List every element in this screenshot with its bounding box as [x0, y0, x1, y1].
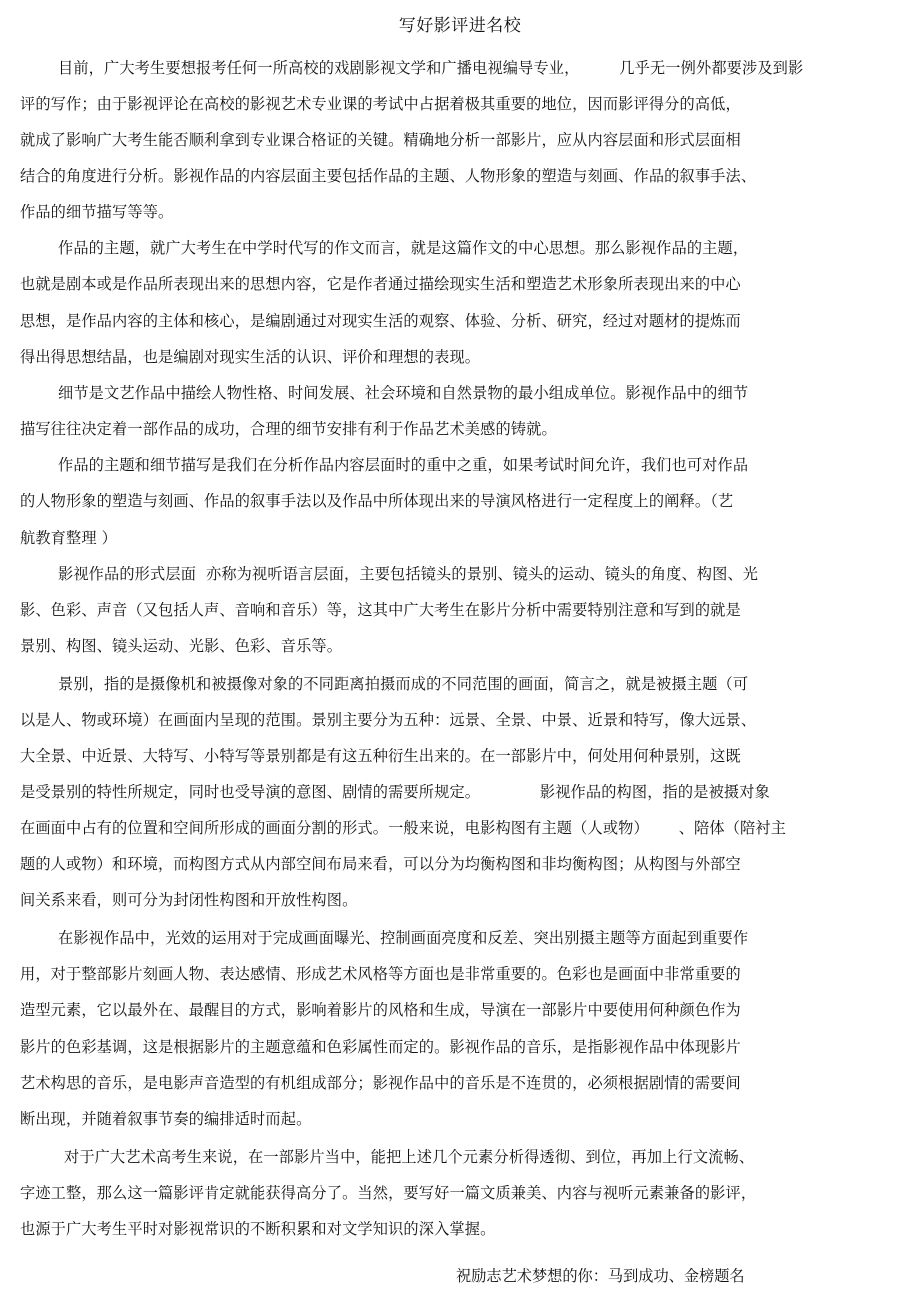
text-line: 评的写作；由于影视评论在高校的影视艺术专业课的考试中占据着极其重要的地位，因而影… [20, 93, 741, 115]
text-line: 影、色彩、声音（又包括人声、音响和音乐）等，这其中广大考生在影片分析中需要特别注… [20, 599, 741, 621]
text-line: 景别、构图、镜头运动、光影、色彩、音乐等。 [20, 635, 342, 657]
text-line: 在画面中占有的位置和空间所形成的画面分割的形式。一般来说，电影构图有主题（人或物… [20, 817, 786, 839]
text-line: 对于广大艺术高考生来说，在一部影片当中，能把上述几个元素分析得透彻、到位，再加上… [64, 1146, 754, 1168]
text-line: 细节是文艺作品中描绘人物性格、时间发展、社会环境和自然景物的最小组成单位。影视作… [58, 382, 748, 404]
text-line: 就成了影响广大考生能否顺利拿到专业课合格证的关键。精确地分析一部影片，应从内容层… [20, 129, 741, 151]
text-line: 描写往往决定着一部作品的成功，合理的细节安排有利于作品艺术美感的铸就。 [20, 418, 557, 440]
text-line: 造型元素，它以最外在、最醒目的方式，影响着影片的风格和生成，导演在一部影片中要使… [20, 999, 741, 1021]
text-line: 结合的角度进行分析。影视作品的内容层面主要包括作品的主题、人物形象的塑造与刻画、… [20, 165, 756, 187]
signature: 祝励志艺术梦想的你：马到成功、金榜题名 [456, 1265, 745, 1287]
text-line: 景别，指的是摄像机和被摄像对象的不同距离拍摄而成的不同范围的画面，简言之，就是被… [58, 673, 748, 695]
text-line: 大全景、中近景、大特写、小特写等景别都是有这五种衍生出来的。在一部影片中，何处用… [20, 745, 741, 767]
text-line: 的人物形象的塑造与刻画、作品的叙事手法以及作品中所体现出来的导演风格进行一定程度… [20, 490, 733, 512]
text-line: 思想，是作品内容的主体和核心，是编剧通过对现实生活的观察、体验、分析、研究，经过… [20, 310, 741, 332]
text-line: 以是人、物或环境）在画面内呈现的范围。景别主要分为五种：远景、全景、中景、近景和… [20, 709, 756, 731]
text-line: 断出现，并随着叙事节奏的编排适时而起。 [20, 1108, 311, 1130]
text-line: 在影视作品中，光效的运用对于完成画面曝光、控制画面亮度和反差、突出别摄主题等方面… [58, 927, 748, 949]
text-line: 题的人或物）和环境，而构图方式从内部空间布局来看，可以分为均衡构图和非均衡构图；… [20, 853, 741, 875]
text-line: 也源于广大考生平时对影视常识的不断积累和对文学知识的深入掌握。 [20, 1218, 495, 1240]
text-line: 得出得思想结晶，也是编剧对现实生活的认识、评价和理想的表现。 [20, 346, 480, 368]
text-line: 影片的色彩基调，这是根据影片的主题意蕴和色彩属性而定的。影视作品的音乐，是指影视… [20, 1036, 741, 1058]
text-line: 航教育整理 ） [20, 527, 117, 549]
text-line: 作品的主题，就广大考生在中学时代写的作文而言，就是这篇作文的中心思想。那么影视作… [58, 237, 748, 259]
text-line: 用，对于整部影片刻画人物、表达感情、形成艺术风格等方面也是非常重要的。色彩也是画… [20, 963, 741, 985]
text-line: 间关系来看，则可分为封闭性构图和开放性构图。 [20, 889, 357, 911]
text-line: 艺术构思的音乐，是电影声音造型的有机组成部分；影视作品中的音乐是不连贯的，必须根… [20, 1072, 741, 1094]
text-line: 是受景别的特性所规定，同时也受导演的意图、剧情的需要所规定。 影视作品的构图，指… [20, 781, 770, 803]
text-line: 作品的主题和细节描写是我们在分析作品内容层面时的重中之重，如果考试时间允许，我们… [58, 454, 748, 476]
text-line: 目前，广大考生要想报考任何一所高校的戏剧影视文学和广播电视编导专业， 几乎无一例… [58, 57, 803, 79]
text-line: 作品的细节描写等等。 [20, 201, 173, 223]
document-title: 写好影评进名校 [0, 14, 920, 38]
text-line: 字迹工整，那么这一篇影评肯定就能获得高分了。当然，要写好一篇文质兼美、内容与视听… [20, 1182, 756, 1204]
text-line: 影视作品的形式层面 亦称为视听语言层面，主要包括镜头的景别、镜头的运动、镜头的角… [58, 563, 758, 585]
text-line: 也就是剧本或是作品所表现出来的思想内容，它是作者通过描绘现实生活和塑造艺术形象所… [20, 273, 741, 295]
document-page: 写好影评进名校 目前，广大考生要想报考任何一所高校的戏剧影视文学和广播电视编导专… [0, 0, 920, 1304]
